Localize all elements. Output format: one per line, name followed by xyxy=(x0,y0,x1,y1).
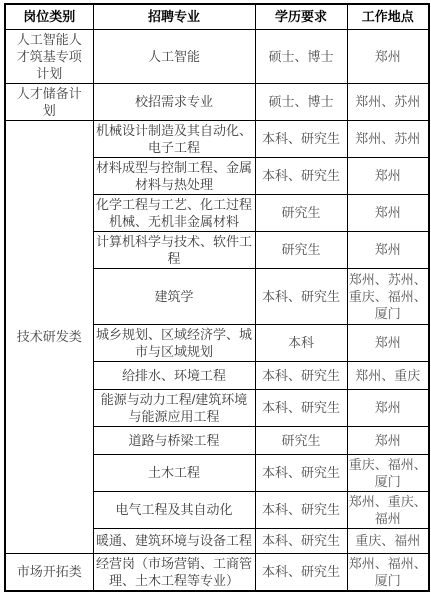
major-cell: 给排水、环境工程 xyxy=(93,361,255,389)
location-cell: 郑州 xyxy=(347,426,429,454)
degree-cell: 本科、研究生 xyxy=(255,491,347,528)
col-header-category: 岗位类别 xyxy=(5,4,93,29)
major-cell: 人工智能 xyxy=(93,29,255,83)
location-cell: 郑州 xyxy=(347,324,429,361)
location-cell: 郑州 xyxy=(347,29,429,83)
location-cell: 重庆、福州、厦门 xyxy=(347,454,429,491)
degree-cell: 研究生 xyxy=(255,426,347,454)
col-header-degree: 学历要求 xyxy=(255,4,347,29)
location-cell: 郑州 xyxy=(347,231,429,268)
degree-cell: 本科、研究生 xyxy=(255,528,347,553)
degree-cell: 硕士、博士 xyxy=(255,29,347,83)
degree-cell: 本科、研究生 xyxy=(255,454,347,491)
category-cell-merged: 技术研发类 xyxy=(5,120,93,553)
table-row: 技术研发类 机械设计制造及其自动化、电子工程 本科、研究生 郑州、苏州 xyxy=(5,120,429,157)
category-cell: 人才储备计划 xyxy=(5,83,93,120)
degree-cell: 硕士、博士 xyxy=(255,83,347,120)
degree-cell: 本科、研究生 xyxy=(255,389,347,426)
major-cell: 能源与动力工程/建筑环境与能源应用工程 xyxy=(93,389,255,426)
major-cell: 经营岗（市场营销、工商管理、土木工程等专业） xyxy=(93,553,255,591)
degree-cell: 本科、研究生 xyxy=(255,361,347,389)
table-row: 人工智能人才筑基专项计划 人工智能 硕士、博士 郑州 xyxy=(5,29,429,83)
recruitment-table: 岗位类别 招聘专业 学历要求 工作地点 人工智能人才筑基专项计划 人工智能 硕士… xyxy=(4,3,430,592)
location-cell: 郑州、苏州 xyxy=(347,83,429,120)
major-cell: 计算机科学与技术、软件工程 xyxy=(93,231,255,268)
location-cell: 重庆、福州 xyxy=(347,528,429,553)
major-cell: 化学工程与工艺、化工过程机械、无机非金属材料 xyxy=(93,194,255,231)
location-cell: 郑州、苏州、重庆、福州、厦门 xyxy=(347,268,429,324)
location-cell: 郑州 xyxy=(347,389,429,426)
major-cell: 建筑学 xyxy=(93,268,255,324)
location-cell: 郑州 xyxy=(347,157,429,194)
table-row: 人才储备计划 校招需求专业 硕士、博士 郑州、苏州 xyxy=(5,83,429,120)
degree-cell: 本科、研究生 xyxy=(255,553,347,591)
major-cell: 城乡规划、区域经济学、城市与区域规划 xyxy=(93,324,255,361)
degree-cell: 研究生 xyxy=(255,231,347,268)
degree-cell: 本科、研究生 xyxy=(255,268,347,324)
table-row: 市场开拓类 经营岗（市场营销、工商管理、土木工程等专业） 本科、研究生 郑州、福… xyxy=(5,553,429,591)
location-cell: 郑州、苏州 xyxy=(347,120,429,157)
major-cell: 道路与桥梁工程 xyxy=(93,426,255,454)
location-cell: 郑州、重庆 xyxy=(347,361,429,389)
category-cell: 市场开拓类 xyxy=(5,553,93,591)
location-cell: 郑州、福州、厦门 xyxy=(347,553,429,591)
major-cell: 材料成型与控制工程、金属材料与热处理 xyxy=(93,157,255,194)
major-cell: 电气工程及其自动化 xyxy=(93,491,255,528)
degree-cell: 本科 xyxy=(255,324,347,361)
major-cell: 机械设计制造及其自动化、电子工程 xyxy=(93,120,255,157)
major-cell: 校招需求专业 xyxy=(93,83,255,120)
col-header-location: 工作地点 xyxy=(347,4,429,29)
header-row: 岗位类别 招聘专业 学历要求 工作地点 xyxy=(5,4,429,29)
major-cell: 暖通、建筑环境与设备工程 xyxy=(93,528,255,553)
location-cell: 郑州 xyxy=(347,194,429,231)
location-cell: 郑州、重庆、福州 xyxy=(347,491,429,528)
degree-cell: 研究生 xyxy=(255,194,347,231)
category-cell: 人工智能人才筑基专项计划 xyxy=(5,29,93,83)
col-header-major: 招聘专业 xyxy=(93,4,255,29)
degree-cell: 本科、研究生 xyxy=(255,120,347,157)
major-cell: 土木工程 xyxy=(93,454,255,491)
degree-cell: 本科、研究生 xyxy=(255,157,347,194)
